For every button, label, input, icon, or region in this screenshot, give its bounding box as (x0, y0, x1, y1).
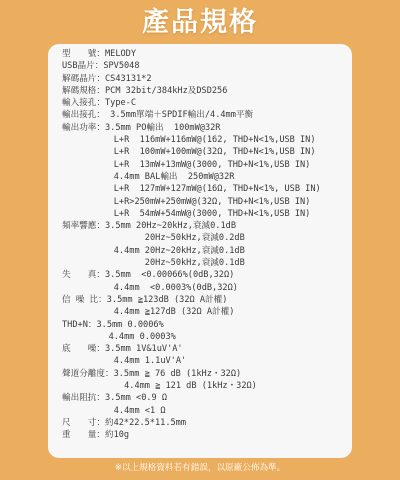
spec-row-output-power-cont: L+R 13mW+13mW@(3000, THD+N<1%,USB IN) (62, 159, 352, 171)
spec-label (62, 146, 114, 158)
spec-value: 3.5mm單端＋SPDIF輸出/4.4mm平衡 (105, 110, 253, 120)
spec-value: L+R 54mW+54mW@(3000, THD+N<1%,USB IN) (114, 209, 311, 219)
spec-value: 4.4mm <0.0003%(0dB,32Ω) (114, 283, 238, 293)
spec-value: 約10g (105, 430, 129, 440)
spec-value: 20Hz~50kHz,衰減0.2dB (114, 233, 245, 243)
spec-row-output-power-cont: L+R 116mW+116mW@(162, THD+N<1%,USB IN) (62, 134, 352, 146)
spec-value: 4.4mm 1.1uV'A' (114, 356, 186, 366)
spec-label (62, 306, 114, 318)
spec-row-output-impedance: 輸出阻抗：3.5mm <0.9 Ω (62, 392, 352, 404)
spec-value: MELODY (105, 49, 136, 59)
spec-label: 輸出功率： (62, 122, 105, 134)
spec-row-output-power-cont: L+R 54mW+54mW@(3000, THD+N<1%,USB IN) (62, 208, 352, 220)
spec-card: 型 號：MELODY USB晶片：SPV5048 解碼晶片：CS43131*2 … (48, 44, 352, 458)
spec-value: 約42*22.5*11.5mm (105, 418, 186, 428)
spec-row-noise-floor-cont: 4.4mm 1.1uV'A' (62, 355, 352, 367)
spec-row-decode-format: 解碼規格：PCM 32bit/384kHz及DSD256 (62, 85, 352, 97)
spec-value: 4.4mm <1 Ω (114, 406, 166, 416)
spec-value: 3.5mm 20Hz~20kHz,衰減0.1dB (105, 221, 236, 231)
spec-row-output-power-cont: L+R 100mW+100mW@(32Ω, THD+N<1%,USB IN) (62, 146, 352, 158)
spec-label: 失 真： (62, 269, 105, 281)
spec-label: THD+N： (62, 319, 96, 331)
spec-value: L+R 13mW+13mW@(3000, THD+N<1%,USB IN) (114, 160, 311, 170)
spec-row-usb-chip: USB晶片：SPV5048 (62, 60, 352, 72)
spec-row-snr: 信 噪 比：3.5mm ≧123dB (32Ω A計權) (62, 294, 352, 306)
spec-value: PCM 32bit/384kHz及DSD256 (105, 86, 227, 96)
spec-row-output-power-cont: L+R 127mW+127mW@(16Ω, THD+N<1%, USB IN) (62, 183, 352, 195)
spec-row-dimensions: 尺 寸：約42*22.5*11.5mm (62, 417, 352, 429)
spec-row-dac-chip: 解碼晶片：CS43131*2 (62, 73, 352, 85)
spec-value: SPV5048 (103, 61, 139, 71)
spec-label (62, 183, 114, 195)
disclaimer-note: ※以上規格資料若有錯誤，以原廠公佈為準。 (0, 461, 400, 475)
spec-label (62, 355, 114, 367)
spec-label: 頻率響應： (62, 220, 105, 232)
spec-label (62, 208, 114, 220)
spec-label: 尺 寸： (62, 417, 105, 429)
spec-value: L+R 100mW+100mW@(32Ω, THD+N<1%,USB IN) (114, 147, 316, 157)
spec-value: 3.5mm 0.0006% (96, 320, 163, 330)
spec-value: 3.5mm ≧ 76 dB (1kHz・32Ω) (114, 369, 242, 379)
spec-label: 底 噪： (62, 343, 105, 355)
spec-label (62, 405, 114, 417)
spec-value: L+R 116mW+116mW@(162, THD+N<1%,USB IN) (114, 135, 316, 145)
spec-label: 輸出接孔： (62, 109, 105, 121)
spec-row-input-port: 輸入接孔：Type-C (62, 97, 352, 109)
spec-label (62, 257, 114, 269)
spec-list: 型 號：MELODY USB晶片：SPV5048 解碼晶片：CS43131*2 … (62, 48, 352, 442)
spec-label (62, 159, 114, 171)
spec-value: L+R>250mW+250mW@(32Ω, THD+N<1%,USB IN) (114, 197, 311, 207)
spec-label: 重 量： (62, 429, 105, 441)
spec-label: 輸出阻抗： (62, 392, 105, 404)
spec-label: 解碼規格： (62, 85, 105, 97)
spec-row-distortion: 失 真：3.5mm <0.00066%(0dB,32Ω) (62, 269, 352, 281)
spec-label (62, 196, 114, 208)
spec-row-output-power: 輸出功率：3.5mm PO輸出 100mW@32R (62, 122, 352, 134)
spec-value: 4.4mm 20Hz~20kHz,衰減0.1dB (114, 246, 245, 256)
spec-value: 4.4mm 0.0003% (98, 332, 176, 342)
spec-label: 型 號： (62, 48, 105, 60)
spec-row-frequency-response-cont: 20Hz~50kHz,衰減0.2dB (62, 232, 352, 244)
spec-row-output-power-cont: 4.4mm BAL輸出 250mW@32R (62, 171, 352, 183)
spec-label (62, 245, 114, 257)
spec-row-output-port: 輸出接孔： 3.5mm單端＋SPDIF輸出/4.4mm平衡 (62, 109, 352, 121)
spec-row-frequency-response: 頻率響應：3.5mm 20Hz~20kHz,衰減0.1dB (62, 220, 352, 232)
spec-value: 3.5mm 1V&1uV'A' (105, 344, 183, 354)
spec-label (62, 232, 114, 244)
spec-value: 4.4mm ≧127dB (32Ω A計權) (114, 307, 235, 317)
spec-value: 3.5mm <0.00066%(0dB,32Ω) (105, 270, 234, 280)
spec-value: 20Hz~50kHz,衰減0.1dB (114, 258, 245, 268)
spec-value: 4.4mm ≧ 121 dB (1kHz・32Ω) (124, 381, 257, 391)
spec-label (62, 331, 98, 343)
spec-row-frequency-response-cont: 20Hz~50kHz,衰減0.1dB (62, 257, 352, 269)
spec-label (62, 282, 114, 294)
spec-row-output-power-cont: L+R>250mW+250mW@(32Ω, THD+N<1%,USB IN) (62, 196, 352, 208)
spec-label: 輸入接孔： (62, 97, 105, 109)
spec-row-snr-cont: 4.4mm ≧127dB (32Ω A計權) (62, 306, 352, 318)
spec-label: USB晶片： (62, 60, 103, 72)
spec-row-model: 型 號：MELODY (62, 48, 352, 60)
spec-value: Type-C (105, 98, 136, 108)
page-title: 產品規格 (0, 6, 400, 40)
spec-label: 聲道分離度： (62, 368, 114, 380)
spec-label (62, 171, 114, 183)
spec-value: 3.5mm PO輸出 100mW@32R (105, 123, 221, 133)
spec-label: 信 噪 比： (62, 294, 107, 306)
spec-value: 3.5mm ≧123dB (32Ω A計權) (107, 295, 228, 305)
spec-label (62, 134, 114, 146)
spec-row-noise-floor: 底 噪：3.5mm 1V&1uV'A' (62, 343, 352, 355)
spec-value: CS43131*2 (105, 74, 152, 84)
spec-value: L+R 127mW+127mW@(16Ω, THD+N<1%, USB IN) (114, 184, 321, 194)
spec-row-channel-separation-cont: 4.4mm ≧ 121 dB (1kHz・32Ω) (62, 380, 352, 392)
spec-value: 4.4mm BAL輸出 250mW@32R (114, 172, 235, 182)
spec-row-thdn: THD+N：3.5mm 0.0006% (62, 319, 352, 331)
spec-row-thdn-cont: 4.4mm 0.0003% (62, 331, 352, 343)
spec-row-output-impedance-cont: 4.4mm <1 Ω (62, 405, 352, 417)
spec-value: 3.5mm <0.9 Ω (105, 393, 167, 403)
spec-row-distortion-cont: 4.4mm <0.0003%(0dB,32Ω) (62, 282, 352, 294)
spec-label (62, 380, 124, 392)
spec-row-weight: 重 量：約10g (62, 429, 352, 441)
spec-row-frequency-response-cont: 4.4mm 20Hz~20kHz,衰減0.1dB (62, 245, 352, 257)
spec-row-channel-separation: 聲道分離度：3.5mm ≧ 76 dB (1kHz・32Ω) (62, 368, 352, 380)
spec-label: 解碼晶片： (62, 73, 105, 85)
